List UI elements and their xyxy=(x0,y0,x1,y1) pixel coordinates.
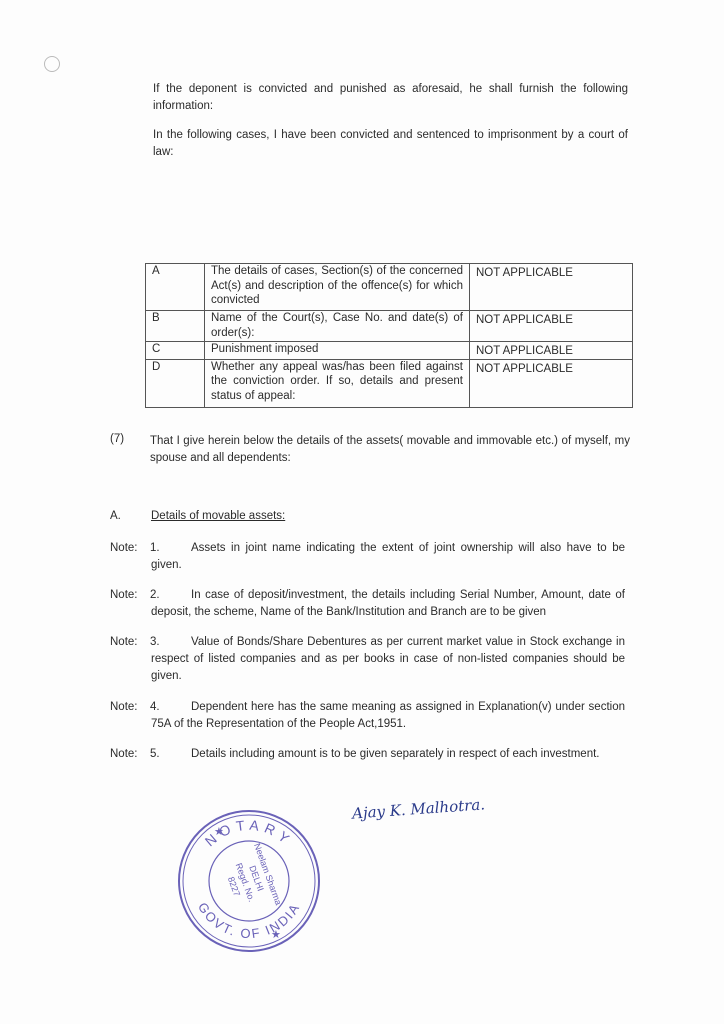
note-number: 5. xyxy=(150,746,160,763)
table-row: C Punishment imposed NOT APPLICABLE xyxy=(146,342,633,360)
section-7-text: That I give herein below the details of … xyxy=(150,433,630,467)
row-value: NOT APPLICABLE xyxy=(470,342,633,360)
note-label: Note: xyxy=(110,634,138,651)
row-label: B xyxy=(146,311,205,342)
note-number: 2. xyxy=(150,587,160,604)
row-label: C xyxy=(146,342,205,360)
table-row: A The details of cases, Section(s) of th… xyxy=(146,264,633,311)
note-number: 1. xyxy=(150,540,160,557)
table-row: D Whether any appeal was/has been filed … xyxy=(146,359,633,407)
notary-stamp: NOTARY GOVT. OF INDIA Neelam Sharma DELH… xyxy=(176,808,322,954)
row-label: D xyxy=(146,359,205,407)
section-number: (7) xyxy=(110,433,124,445)
note-text: In case of deposit/investment, the detai… xyxy=(151,587,625,621)
section-letter: A. xyxy=(110,510,121,522)
note-label: Note: xyxy=(110,746,138,763)
note-text: Dependent here has the same meaning as a… xyxy=(151,699,625,733)
row-value: NOT APPLICABLE xyxy=(470,359,633,407)
note-item: Note: 2. In case of deposit/investment, … xyxy=(110,587,625,621)
row-description: Name of the Court(s), Case No. and date(… xyxy=(205,311,470,342)
row-description: Whether any appeal was/has been filed ag… xyxy=(205,359,470,407)
note-text: Assets in joint name indicating the exte… xyxy=(151,540,625,574)
row-description: Punishment imposed xyxy=(205,342,470,360)
note-item: Note: 3. Value of Bonds/Share Debentures… xyxy=(110,634,625,685)
intro-paragraph-2: In the following cases, I have been conv… xyxy=(153,127,628,161)
note-label: Note: xyxy=(110,540,138,557)
intro-paragraph-1: If the deponent is convicted and punishe… xyxy=(153,81,628,115)
table-row: B Name of the Court(s), Case No. and dat… xyxy=(146,311,633,342)
note-number: 3. xyxy=(150,634,160,651)
note-number: 4. xyxy=(150,699,160,716)
section-heading: Details of movable assets: xyxy=(151,510,285,522)
row-value: NOT APPLICABLE xyxy=(470,264,633,311)
punch-hole xyxy=(44,56,60,72)
note-label: Note: xyxy=(110,587,138,604)
star-icon: ★ xyxy=(214,826,224,838)
star-icon: ★ xyxy=(271,929,281,941)
note-text: Details including amount is to be given … xyxy=(151,746,625,763)
note-label: Note: xyxy=(110,699,138,716)
row-description: The details of cases, Section(s) of the … xyxy=(205,264,470,311)
row-label: A xyxy=(146,264,205,311)
signature: Ajay K. Malhotra. xyxy=(352,795,486,822)
row-value: NOT APPLICABLE xyxy=(470,311,633,342)
note-item: Note: 5. Details including amount is to … xyxy=(110,746,625,763)
note-item: Note: 1. Assets in joint name indicating… xyxy=(110,540,625,574)
note-item: Note: 4. Dependent here has the same mea… xyxy=(110,699,625,733)
convictions-table: A The details of cases, Section(s) of th… xyxy=(145,263,633,408)
note-text: Value of Bonds/Share Debentures as per c… xyxy=(151,634,625,685)
